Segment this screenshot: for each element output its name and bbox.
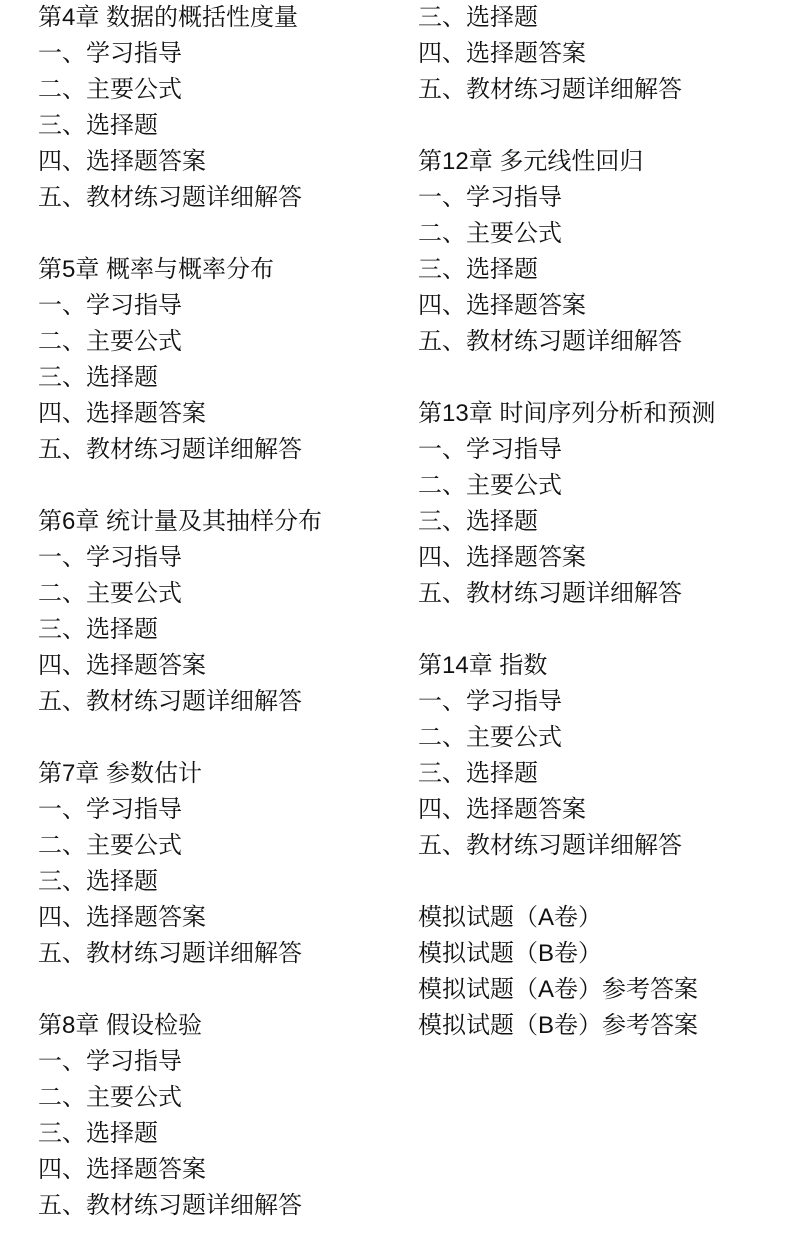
- toc-item: 五、教材练习题详细解答: [38, 1188, 322, 1224]
- toc-item: 模拟试题（B卷）参考答案: [418, 1008, 715, 1044]
- toc-item: 五、教材练习题详细解答: [38, 936, 322, 972]
- chapter-title: 第7章 参数估计: [38, 756, 322, 792]
- toc-item: 五、教材练习题详细解答: [38, 684, 322, 720]
- toc-item: 二、主要公式: [38, 828, 322, 864]
- chapter-title: 第4章 数据的概括性度量: [38, 0, 322, 36]
- toc-item: 五、教材练习题详细解答: [418, 72, 715, 108]
- toc-item: 四、选择题答案: [418, 540, 715, 576]
- toc-item: 一、学习指导: [418, 432, 715, 468]
- toc-item: 三、选择题: [38, 360, 322, 396]
- toc-block: 第13章 时间序列分析和预测一、学习指导二、主要公式三、选择题四、选择题答案五、…: [418, 396, 715, 612]
- chapter-title: 第5章 概率与概率分布: [38, 252, 322, 288]
- toc-item: 四、选择题答案: [418, 36, 715, 72]
- toc-item: 二、主要公式: [38, 72, 322, 108]
- toc-block: 第6章 统计量及其抽样分布一、学习指导二、主要公式三、选择题四、选择题答案五、教…: [38, 504, 322, 720]
- toc-item: 二、主要公式: [418, 468, 715, 504]
- toc-item: 三、选择题: [38, 108, 322, 144]
- toc-block: 第5章 概率与概率分布一、学习指导二、主要公式三、选择题四、选择题答案五、教材练…: [38, 252, 322, 468]
- toc-item: 模拟试题（B卷）: [418, 936, 715, 972]
- toc-item: 四、选择题答案: [38, 1152, 322, 1188]
- chapter-title: 第8章 假设检验: [38, 1008, 322, 1044]
- toc-item: 四、选择题答案: [38, 900, 322, 936]
- toc-item: 一、学习指导: [38, 288, 322, 324]
- toc-item: 模拟试题（A卷）: [418, 900, 715, 936]
- toc-page: 第4章 数据的概括性度量一、学习指导二、主要公式三、选择题四、选择题答案五、教材…: [0, 0, 790, 1257]
- toc-item: 模拟试题（A卷）参考答案: [418, 972, 715, 1008]
- toc-item: 一、学习指导: [418, 180, 715, 216]
- toc-block: 第14章 指数一、学习指导二、主要公式三、选择题四、选择题答案五、教材练习题详细…: [418, 648, 715, 864]
- toc-item: 三、选择题: [418, 252, 715, 288]
- toc-item: 二、主要公式: [38, 576, 322, 612]
- toc-block: 第7章 参数估计一、学习指导二、主要公式三、选择题四、选择题答案五、教材练习题详…: [38, 756, 322, 972]
- toc-item: 四、选择题答案: [38, 648, 322, 684]
- toc-item: 四、选择题答案: [418, 792, 715, 828]
- toc-item: 三、选择题: [38, 1116, 322, 1152]
- toc-block: 第12章 多元线性回归一、学习指导二、主要公式三、选择题四、选择题答案五、教材练…: [418, 144, 715, 360]
- toc-item: 一、学习指导: [38, 540, 322, 576]
- toc-block: 第8章 假设检验一、学习指导二、主要公式三、选择题四、选择题答案五、教材练习题详…: [38, 1008, 322, 1224]
- toc-item: 一、学习指导: [38, 792, 322, 828]
- toc-item: 二、主要公式: [418, 216, 715, 252]
- toc-item: 二、主要公式: [38, 1080, 322, 1116]
- toc-item: 一、学习指导: [418, 684, 715, 720]
- toc-item: 四、选择题答案: [38, 396, 322, 432]
- toc-item: 三、选择题: [418, 0, 715, 36]
- toc-item: 三、选择题: [418, 504, 715, 540]
- toc-item: 四、选择题答案: [38, 144, 322, 180]
- toc-block: 第4章 数据的概括性度量一、学习指导二、主要公式三、选择题四、选择题答案五、教材…: [38, 0, 322, 216]
- toc-column-right: 三、选择题四、选择题答案五、教材练习题详细解答第12章 多元线性回归一、学习指导…: [418, 0, 715, 1044]
- toc-item: 三、选择题: [38, 864, 322, 900]
- chapter-title: 第6章 统计量及其抽样分布: [38, 504, 322, 540]
- toc-item: 二、主要公式: [418, 720, 715, 756]
- toc-item: 五、教材练习题详细解答: [38, 432, 322, 468]
- chapter-title: 第14章 指数: [418, 648, 715, 684]
- toc-column-left: 第4章 数据的概括性度量一、学习指导二、主要公式三、选择题四、选择题答案五、教材…: [38, 0, 322, 1224]
- toc-item: 二、主要公式: [38, 324, 322, 360]
- toc-item: 四、选择题答案: [418, 288, 715, 324]
- toc-item: 五、教材练习题详细解答: [418, 324, 715, 360]
- toc-item: 三、选择题: [38, 612, 322, 648]
- toc-block: 模拟试题（A卷）模拟试题（B卷）模拟试题（A卷）参考答案模拟试题（B卷）参考答案: [418, 900, 715, 1044]
- chapter-title: 第12章 多元线性回归: [418, 144, 715, 180]
- toc-item: 三、选择题: [418, 756, 715, 792]
- toc-item: 一、学习指导: [38, 36, 322, 72]
- toc-block: 三、选择题四、选择题答案五、教材练习题详细解答: [418, 0, 715, 108]
- toc-item: 五、教材练习题详细解答: [418, 576, 715, 612]
- toc-item: 五、教材练习题详细解答: [418, 828, 715, 864]
- toc-item: 一、学习指导: [38, 1044, 322, 1080]
- chapter-title: 第13章 时间序列分析和预测: [418, 396, 715, 432]
- toc-item: 五、教材练习题详细解答: [38, 180, 322, 216]
